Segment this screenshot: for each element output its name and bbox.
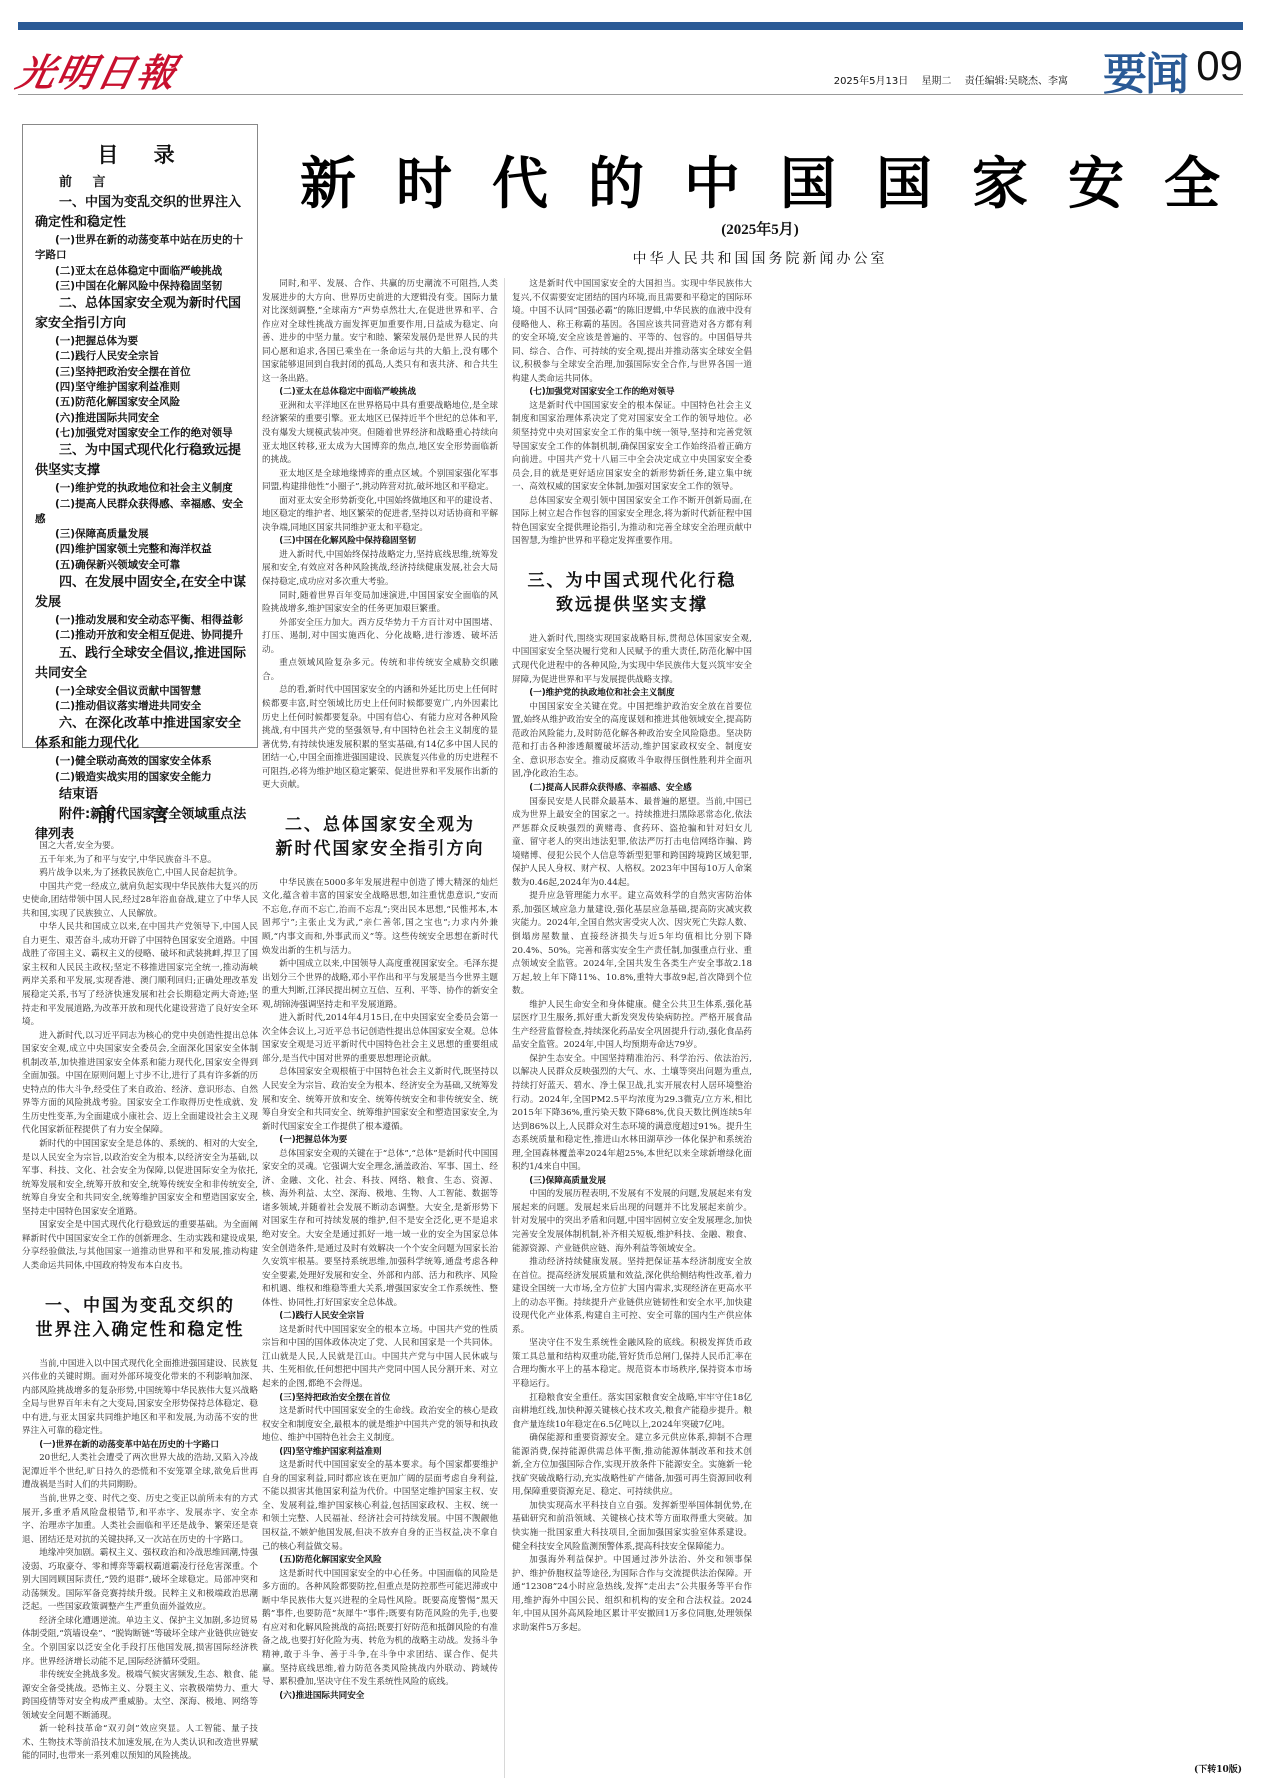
- paragraph: 中华民族在5000多年发展进程中创造了博大精深的灿烂文化,蕴含着丰富的国家安全战…: [262, 877, 498, 958]
- paragraph: 确保能源和重要资源安全。建立多元供应体系,抑制不合理能源消费,保持能源供需总体平…: [512, 1432, 752, 1500]
- text-column-3: 这是新时代中国国家安全的大国担当。实现中华民族伟大复兴,不仅需要安定团结的国内环…: [512, 278, 752, 1778]
- toc-item: (三)保障高质量发展: [35, 527, 251, 542]
- paragraph: 提升应急管理能力水平。建立高效科学的自然灾害防治体系,加强区域应急力量建设,强化…: [512, 890, 752, 998]
- paragraph: 同时,和平、发展、合作、共赢的历史潮流不可阻挡,人类发展进步的大方向、世界历史前…: [262, 278, 498, 386]
- toc-title: 目 录: [35, 139, 251, 169]
- toc-item: (一)维护党的执政地位和社会主义制度: [35, 481, 251, 496]
- subheading: (二)亚太在总体稳定中面临严峻挑战: [262, 386, 498, 400]
- section-heading-line: 致远提供坚实支撑: [512, 593, 752, 617]
- section-heading-line: 一、中国为变乱交织的: [45, 1296, 235, 1316]
- paragraph: 面对亚太安全形势新变化,中国始终做地区和平的建设者、地区稳定的维护者、地区繁荣的…: [262, 495, 498, 536]
- paragraph: 总的看,新时代中国国家安全的内涵和外延比历史上任何时候都要丰富,时空领域比历史上…: [262, 684, 498, 792]
- table-of-contents: 目 录 前 言一、中国为变乱交织的世界注入确定性和稳定性(一)世界在新的动荡变革…: [22, 124, 258, 748]
- newspaper-logo: 光明日報: [12, 42, 184, 97]
- toc-item: (二)推动开放和安全相互促进、协同提升: [35, 628, 251, 643]
- editors: 责任编辑:吴晓杰、李寓: [965, 76, 1068, 87]
- paragraph: 进入新时代,2014年4月15日,在中央国家安全委员会第一次全体会议上,习近平总…: [262, 1012, 498, 1066]
- paragraph: 总体国家安全观的关键在于“总体”,“总体”是新时代中国国家安全的灵魂。它强调大安…: [262, 1148, 498, 1311]
- article-author: 中华人民共和国国务院新闻办公室: [260, 248, 1260, 268]
- subheading: (五)防范化解国家安全风险: [262, 1554, 498, 1568]
- paragraph: 进入新时代,围绕实现国家战略目标,贯彻总体国家安全观,中国国家安全坚决履行党和人…: [512, 633, 752, 687]
- toc-list: 前 言一、中国为变乱交织的世界注入确定性和稳定性(一)世界在新的动荡变革中站在历…: [35, 173, 251, 845]
- header-divider: [18, 94, 1243, 95]
- paragraph: 推动经济持续健康发展。坚持把保证基本经济制度安全放在首位。提高经济发展质量和效益…: [512, 1256, 752, 1337]
- paragraph: 国家安全是中国式现代化行稳致远的重要基础。为全面阐释新时代中国国家安全工作的创新…: [22, 1219, 258, 1273]
- paragraph: 新中国成立以来,中国领导人高度重视国家安全。毛泽东提出划分三个世界的战略,邓小平…: [262, 958, 498, 1012]
- paragraph: 总体国家安全观引领中国国家安全工作不断开创新局面,在国际上树立起合作包容的国家安…: [512, 495, 752, 549]
- preface-title: 前 言: [22, 800, 258, 827]
- paragraph: 坚决守住不发生系统性金融风险的底线。积极发挥货币政策工具总量和结构双重功能,管好…: [512, 1337, 752, 1391]
- text-column-4: [762, 278, 1002, 1778]
- text-column-5: [1012, 278, 1248, 1778]
- subheading: (七)加强党对国家安全工作的绝对领导: [512, 386, 752, 400]
- toc-item: 六、在深化改革中推进国家安全体系和能力现代化: [35, 714, 251, 754]
- paragraph: 鸦片战争以来,为了拯救民族危亡,中国人民奋起抗争。: [22, 867, 258, 881]
- paragraph: 中国国家安全关键在党。中国把维护政治安全放在首要位置,始终从维护政治安全的高度谋…: [512, 701, 752, 782]
- paragraph: 地缘冲突加剧。霸权主义、强权政治和冷战思维回潮,恃强凌弱、巧取豪夺、零和博弈等霸…: [22, 1547, 258, 1615]
- toc-item: (四)坚守维护国家利益准则: [35, 380, 251, 395]
- page-number: 09: [1196, 42, 1243, 90]
- toc-item: (一)全球安全倡议贡献中国智慧: [35, 684, 251, 699]
- paragraph: 维护人民生命安全和身体健康。健全公共卫生体系,强化基层医疗卫生服务,抓好重大新发…: [512, 999, 752, 1053]
- toc-item: 一、中国为变乱交织的世界注入确定性和稳定性: [35, 193, 251, 233]
- section-heading-line: 二、总体国家安全观为: [285, 815, 475, 835]
- continued-notice: (下转10版): [1194, 1762, 1242, 1775]
- paragraph: 中国的发展历程表明,不发展有不发展的问题,发展起来有发展起来的问题。发展起来后出…: [512, 1188, 752, 1256]
- paragraph: 新一轮科技革命“双刃剑”效应突显。人工智能、量子技术、生物技术等前沿技术加速发展…: [22, 1723, 258, 1764]
- section-heading: 二、总体国家安全观为新时代国家安全指引方向: [262, 813, 498, 861]
- paragraph: 20世纪,人类社会遭受了两次世界大战的浩劫,又陷入冷战泥潭近半个世纪,旷日持久的…: [22, 1452, 258, 1493]
- toc-item: (六)推进国际共同安全: [35, 411, 251, 426]
- paragraph: 国泰民安是人民群众最基本、最普遍的愿望。当前,中国已成为世界上最安全的国家之一。…: [512, 796, 752, 891]
- subheading: (四)坚守维护国家利益准则: [262, 1446, 498, 1460]
- column-divider: [504, 278, 505, 1778]
- section-heading: 三、为中国式现代化行稳致远提供坚实支撑: [512, 569, 752, 617]
- paragraph: 五千年来,为了和平与安宁,中华民族奋斗不息。: [22, 854, 258, 868]
- section-heading-line: 三、为中国式现代化行稳: [528, 571, 737, 591]
- paragraph: 外部安全压力加大。西方反华势力千方百计对中国围堵、打压、遏制,对中国实施西化、分…: [262, 617, 498, 658]
- subheading: (三)中国在化解风险中保持稳固坚韧: [262, 535, 498, 549]
- paragraph: 国之大者,安全为要。: [22, 840, 258, 854]
- toc-item: (三)中国在化解风险中保持稳固坚韧: [35, 279, 251, 294]
- toc-item: (一)健全联动高效的国家安全体系: [35, 754, 251, 769]
- paragraph: 同时,随着世界百年变局加速演进,中国国家安全面临的风险挑战增多,维护国家安全的任…: [262, 590, 498, 617]
- subheading: (二)提高人民群众获得感、幸福感、安全感: [512, 782, 752, 796]
- issue-weekday: 星期二: [921, 76, 951, 87]
- text-column-1: 国之大者,安全为要。五千年来,为了和平与安宁,中华民族奋斗不息。鸦片战争以来,为…: [22, 840, 258, 1780]
- paragraph: 重点领域风险复杂多元。传统和非传统安全威胁交织融合。: [262, 657, 498, 684]
- paragraph: 加强海外利益保护。中国通过涉外法治、外交和领事保护、维护侨胞权益等途径,为国际合…: [512, 1554, 752, 1635]
- toc-item: (五)防范化解国家安全风险: [35, 395, 251, 410]
- toc-item: 五、践行全球安全倡议,推进国际共同安全: [35, 644, 251, 684]
- toc-item: (二)践行人民安全宗旨: [35, 349, 251, 364]
- subheading: (三)保障高质量发展: [512, 1175, 752, 1189]
- toc-item: (一)推动发展和安全动态平衡、相得益彰: [35, 613, 251, 628]
- issue-date: 2025年5月13日: [834, 76, 909, 87]
- toc-item: (一)世界在新的动荡变革中站在历史的十字路口: [35, 233, 251, 264]
- toc-item: (二)锻造实战实用的国家安全能力: [35, 770, 251, 785]
- paragraph: 这是新时代中国国家安全的大国担当。实现中华民族伟大复兴,不仅需要安定团结的国内环…: [512, 278, 752, 386]
- toc-item: (四)维护国家领土完整和海洋权益: [35, 542, 251, 557]
- paragraph: 这是新时代中国国家安全的根本保证。中国特色社会主义制度和国家治理体系决定了党对国…: [512, 400, 752, 495]
- toc-item: 二、总体国家安全观为新时代国家安全指引方向: [35, 294, 251, 334]
- section-heading-line: 世界注入确定性和稳定性: [22, 1318, 258, 1342]
- section-heading-line: 新时代国家安全指引方向: [262, 837, 498, 861]
- paragraph: 这是新时代中国国家安全的基本要求。每个国家都要维护自身的国家利益,同时都应该在更…: [262, 1459, 498, 1554]
- paragraph: 经济全球化遭遇逆流。单边主义、保护主义加剧,多边贸易体制受阻,“筑墙设垒”、“脱…: [22, 1615, 258, 1669]
- toc-item: (三)坚持把政治安全摆在首位: [35, 365, 251, 380]
- toc-item: (五)确保新兴领域安全可靠: [35, 558, 251, 573]
- paragraph: 保护生态安全。中国坚持精准治污、科学治污、依法治污,以解决人民群众反映强烈的大气…: [512, 1053, 752, 1175]
- paragraph: 这是新时代中国国家安全的生命线。政治安全的核心是政权安全和制度安全,最根本的就是…: [262, 1405, 498, 1446]
- subheading: (一)世界在新的动荡变革中站在历史的十字路口: [22, 1439, 258, 1453]
- text-column-2: 同时,和平、发展、合作、共赢的历史潮流不可阻挡,人类发展进步的大方向、世界历史前…: [262, 278, 498, 1778]
- paragraph: 中华人民共和国成立以来,在中国共产党领导下,中国人民自力更生、艰苦奋斗,成功开辟…: [22, 921, 258, 1029]
- toc-item: 三、为中国式现代化行稳致远提供坚实支撑: [35, 441, 251, 481]
- subheading: (一)维护党的执政地位和社会主义制度: [512, 687, 752, 701]
- article-title: 新时代的中国国家安全: [300, 140, 1260, 220]
- paragraph: 这是新时代中国国家安全的根本立场。中国共产党的性质宗旨和中国的国体政体决定了党、…: [262, 1324, 498, 1392]
- paragraph: 扛稳粮食安全重任。落实国家粮食安全战略,牢牢守住18亿亩耕地红线,加快种源关键核…: [512, 1392, 752, 1433]
- toc-item: (二)亚太在总体稳定中面临严峻挑战: [35, 264, 251, 279]
- paragraph: 进入新时代,中国始终保持战略定力,坚持底线思维,统筹发展和安全,有效应对各种风险…: [262, 549, 498, 590]
- masthead: 光明日報 2025年5月13日 星期二 责任编辑:吴晓杰、李寓 要闻 09: [18, 36, 1243, 94]
- toc-item: (七)加强党对国家安全工作的绝对领导: [35, 426, 251, 441]
- paragraph: 当前,中国进入以中国式现代化全面推进强国建设、民族复兴伟业的关键时期。面对外部环…: [22, 1358, 258, 1439]
- paragraph: 新时代的中国国家安全是总体的、系统的、相对的大安全,是以人民安全为宗旨,以政治安…: [22, 1138, 258, 1219]
- toc-item: (二)提高人民群众获得感、幸福感、安全感: [35, 497, 251, 528]
- paragraph: 当前,世界之变、时代之变、历史之变正以前所未有的方式展开,多重矛盾风险盘根错节,…: [22, 1493, 258, 1547]
- paragraph: 加快实现高水平科技自立自强。发挥新型举国体制优势,在基础研究和前沿领域、关键核心…: [512, 1500, 752, 1554]
- issue-info: 2025年5月13日 星期二 责任编辑:吴晓杰、李寓: [824, 72, 1068, 87]
- article-date-line: (2025年5月): [260, 218, 1260, 239]
- subheading: (三)坚持把政治安全摆在首位: [262, 1392, 498, 1406]
- paragraph: 总体国家安全观根植于中国特色社会主义新时代,既坚持以人民安全为宗旨、政治安全为根…: [262, 1066, 498, 1134]
- masthead-blue-bar: [18, 22, 1243, 30]
- paragraph: 这是新时代中国国家安全的中心任务。中国面临的风险是多方面的。各种风险都要防控,但…: [262, 1568, 498, 1690]
- section-name: 要闻: [1103, 38, 1187, 102]
- paragraph: 中国共产党一经成立,就肩负起实现中华民族伟大复兴的历史使命,团结带领中国人民,经…: [22, 881, 258, 922]
- toc-item: (二)推动倡议落实增进共同安全: [35, 699, 251, 714]
- paragraph: 进入新时代,以习近平同志为核心的党中央创造性提出总体国家安全观,成立中央国家安全…: [22, 1030, 258, 1138]
- paragraph: 亚太地区是全球地缘博弈的重点区域。个别国家强化军事同盟,构建排他性“小圈子”,挑…: [262, 468, 498, 495]
- toc-item: (一)把握总体为要: [35, 334, 251, 349]
- subheading: (六)推进国际共同安全: [262, 1690, 498, 1704]
- toc-item: 四、在发展中固安全,在安全中谋发展: [35, 573, 251, 613]
- paragraph: 亚洲和太平洋地区在世界格局中具有重要战略地位,是全球经济繁荣的重要引擎。亚太地区…: [262, 400, 498, 468]
- paragraph: 非传统安全挑战多发。极端气候灾害频发,生态、粮食、能源安全备受挑战。恐怖主义、分…: [22, 1669, 258, 1723]
- subheading: (二)践行人民安全宗旨: [262, 1310, 498, 1324]
- toc-item: 前 言: [35, 173, 251, 193]
- section-heading: 一、中国为变乱交织的世界注入确定性和稳定性: [22, 1294, 258, 1342]
- subheading: (一)把握总体为要: [262, 1134, 498, 1148]
